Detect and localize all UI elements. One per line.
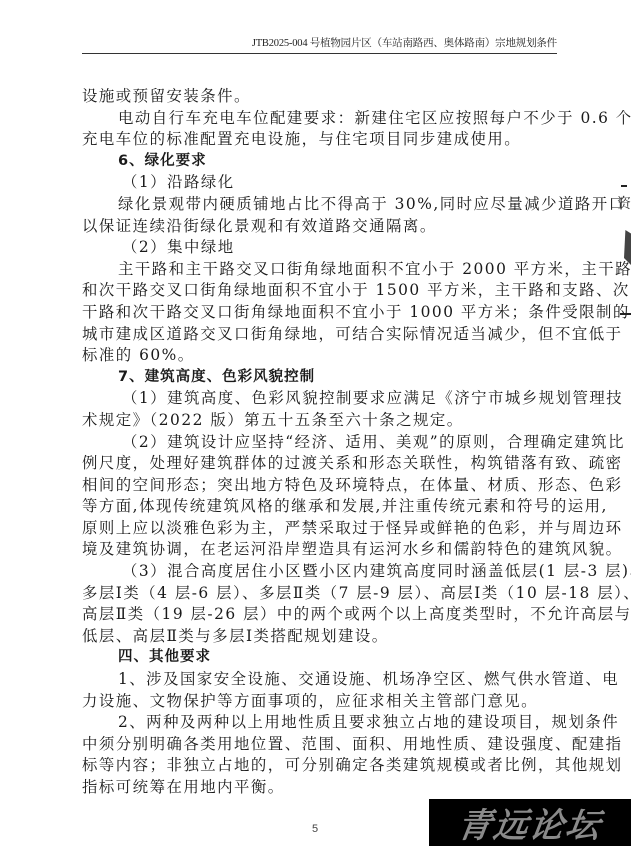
text-line: 低层、高层Ⅱ类与多层Ⅰ类搭配规划建设。 (82, 626, 558, 648)
text-line: 设施或预留安装条件。 (82, 86, 558, 108)
text-line: （3）混合高度居住小区暨小区内建筑高度同时涵盖低层(1 层-3 层)、 (82, 561, 558, 583)
section-heading: 7、建筑高度、色彩风貌控制 (82, 367, 558, 389)
page-number: 5 (312, 823, 318, 835)
text-line: 指标可统筹在用地内平衡。 (82, 777, 558, 799)
text-line: （1）建筑高度、色彩风貌控制要求应满足《济宁市城乡规划管理技 (82, 388, 558, 410)
text-line: （1）沿路绿化 (82, 172, 558, 194)
edge-mark (621, 185, 627, 187)
text-line: 中须分别明确各类用地位置、范围、面积、用地性质、建设强度、配建指 (82, 734, 558, 756)
text-line: 例尺度，处理好建筑群体的过渡关系和形态关联性，构筑错落有致、疏密 (82, 453, 558, 475)
text-line: 原则上应以淡雅色彩为主，严禁采取过于怪异或鲜艳的色彩，并与周边环 (82, 518, 558, 540)
text-line: 术规定》（2022 版）第五十五条至六十条之规定。 (82, 410, 558, 432)
text-line: 和次干路交叉口街角绿地面积不宜小于 1500 平方米，主干路和支路、次 (82, 280, 558, 302)
text-line: 2、两种及两种以上用地性质且要求独立占地的建设项目，规划条件 (82, 712, 558, 734)
edge-mark (624, 230, 631, 265)
text-line: 多层Ⅰ类（4 层-6 层）、多层Ⅱ类（7 层-9 层）、高层Ⅰ类（10 层-18… (82, 583, 558, 605)
text-line: 城市建成区道路交叉口街角绿地，可结合实际情况适当减少，但不宜低于 (82, 324, 558, 346)
text-line: 相间的空间形态；突出地方特色及环境特点，在体量、材质、形态、色彩 (82, 475, 558, 497)
edge-mark (620, 313, 631, 315)
text-line: 主干路和主干路交叉口街角绿地面积不宜小于 2000 平方米，主干路 (82, 259, 558, 281)
text-line: 标准的 60%。 (82, 345, 558, 367)
text-line: 充电车位的标准配置充电设施，与住宅项目同步建成使用。 (82, 129, 558, 151)
text-line: （2）集中绿地 (82, 237, 558, 259)
text-line: 以保证连续沿街绿化景观和有效道路交通隔离。 (82, 216, 558, 238)
watermark-text: 青远论坛 (455, 798, 606, 846)
scan-edge-artifacts: 资 (619, 185, 631, 335)
section-heading: 6、绿化要求 (82, 151, 558, 173)
text-line: 高层Ⅱ类（19 层-26 层）中的两个或两个以上高度类型时，不允许高层与 (82, 604, 558, 626)
section-heading: 四、其他要求 (82, 647, 558, 669)
document-body: 设施或预留安装条件。电动自行车充电车位配建要求：新建住宅区应按照每户不少于 0.… (82, 86, 558, 799)
page-header: JTB2025-004 号植物园片区（车站南路西、奥体路南）宗地规划条件 (82, 33, 557, 54)
text-line: 境及建筑协调，在老运河沿岸塑造具有运河水乡和儒韵特色的建筑风貌。 (82, 539, 558, 561)
text-line: 干路和次干路交叉口街角绿地面积不宜小于 1000 平方米；条件受限制的 (82, 302, 558, 324)
text-line: 电动自行车充电车位配建要求：新建住宅区应按照每户不少于 0.6 个 (82, 108, 558, 130)
text-line: 等方面,体现传统建筑风格的继承和发展,并注重传统元素和符号的运用, (82, 496, 558, 518)
text-line: 力设施、文物保护等方面事项的，应征求相关主管部门意见。 (82, 691, 558, 713)
document-title: JTB2025-004 号植物园片区（车站南路西、奥体路南）宗地规划条件 (252, 35, 557, 50)
text-line: 1、涉及国家安全设施、交通设施、机场净空区、燃气供水管道、电 (82, 669, 558, 691)
text-line: 标等内容；非独立占地的，可分别确定各类建筑规模或者比例，其他规划 (82, 755, 558, 777)
edge-glyph: 资 (617, 193, 631, 213)
forum-watermark: 青远论坛 (429, 799, 631, 846)
text-line: （2）建筑设计应坚持“经济、适用、美观”的原则，合理确定建筑比 (82, 432, 558, 454)
text-line: 绿化景观带内硬质铺地占比不得高于 30%,同时应尽量减少道路开口 (82, 194, 558, 216)
